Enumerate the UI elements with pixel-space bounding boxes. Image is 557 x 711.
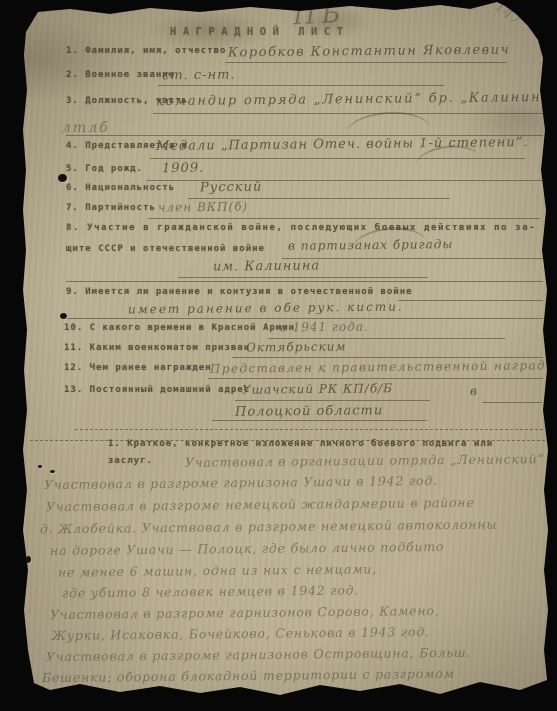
- form-label-7: 7. Партийность: [66, 203, 156, 213]
- underline: [212, 420, 427, 421]
- form-label-6: 6. Национальность: [66, 183, 175, 193]
- underline: [148, 218, 540, 219]
- form-value-9: имеет ранение в обе рук. кисти.: [128, 300, 404, 317]
- form-value-13-suffix: в: [470, 384, 478, 398]
- pencil-mark-corner: 147: [491, 0, 525, 29]
- underline: [482, 402, 542, 403]
- form-label-8: 8. Участие в гражданской войне, последую…: [66, 223, 536, 233]
- form-value-13: Ушачский РК КП/б/Б: [242, 381, 393, 397]
- form-value-1: Коробков Константин Яковлевич: [228, 43, 510, 61]
- scanned-document: НАГРАДНОЙ ЛИСТ 1. Фамилия, имя, отчество…: [0, 0, 557, 711]
- handwriting-line: д. Жлобейка. Участвовал в разгроме немец…: [40, 517, 498, 537]
- underline: [398, 300, 543, 301]
- form-value-12: Представлен к правительственной награде: [210, 358, 555, 376]
- underline: [225, 62, 507, 63]
- handwriting-line: Участвовал в организации отряда „Ленинск…: [185, 451, 550, 470]
- handwriting-line: где убито 8 человек немцев в 1942 год.: [62, 582, 359, 600]
- punch-hole: [60, 313, 67, 319]
- form-label-2: 2. Военное звание: [66, 70, 175, 80]
- form-label-1: 1. Фамилия, имя, отчество: [66, 46, 226, 56]
- form-value-11: Октябрьским: [246, 339, 347, 354]
- form-label-5: 5. Год рожд.: [66, 164, 143, 174]
- section-heading-2: заслуг.: [108, 456, 153, 466]
- paper-speck: [50, 470, 55, 473]
- paper-speck: [38, 465, 42, 468]
- pencil-mark-margin: лтлб: [62, 120, 110, 136]
- underline: [178, 277, 428, 278]
- handwriting-line: Участвовал в разгроме немецкой жандармер…: [46, 495, 475, 514]
- form-label-11: 11. Каким военкоматом призван: [64, 343, 250, 353]
- form-label-12: 12. Чем ранее награжден: [64, 363, 212, 373]
- underline: [282, 258, 543, 259]
- handwriting-line: на дороге Ушачи — Полоцк, где было лично…: [50, 539, 444, 558]
- underline: [158, 85, 444, 86]
- handwriting-line: Бешенки; оборона блокадной территории с …: [42, 666, 455, 685]
- form-label-9: 9. Имеется ли ранение и контузия в отече…: [66, 287, 413, 297]
- form-value-2: ст. с-нт.: [162, 68, 236, 84]
- underline: [153, 113, 543, 114]
- underline: [208, 378, 543, 379]
- dashed-divider: [75, 429, 543, 430]
- form-label-10: 10. С какого времени в Красной Армии: [64, 323, 295, 333]
- handwriting-line: Участвовал в разгроме гарнизона Ушачи в …: [44, 473, 438, 492]
- handwriting-line: Журки, Исаковка, Бочейково, Сенькова в 1…: [52, 624, 430, 643]
- form-label-13: 13. Постоянный домашний адрес: [64, 385, 250, 395]
- handwriting-line: Участвовал в разгроме гарнизонов Островщ…: [46, 645, 471, 664]
- underline: [66, 318, 543, 319]
- form-value-6: Русский: [200, 180, 263, 196]
- handwriting-line: не менее 6 машин, одна из них с немцами,: [58, 561, 377, 579]
- paper-sheet: НАГРАДНОЙ ЛИСТ 1. Фамилия, имя, отчество…: [0, 0, 557, 711]
- underline: [66, 281, 543, 282]
- section-heading: 1. Краткое, конкретное изложение личного…: [108, 439, 493, 449]
- handwriting-line: Участвовал в разгроме гарнизонов Сорово,…: [50, 603, 440, 622]
- form-value-3: командир отряда „Ленинский“ бр. „Калинин…: [156, 90, 557, 109]
- form-value-8b: им. Калинина: [213, 258, 320, 274]
- underline: [235, 400, 430, 401]
- punch-hole: [58, 174, 67, 182]
- form-label-8b: щите СССР и отечественной войне: [66, 244, 265, 254]
- form-value-7: член ВКП(б): [158, 200, 248, 215]
- underline: [268, 338, 505, 339]
- pencil-mark-title: ПБ: [292, 0, 347, 31]
- paper-speck: [26, 556, 31, 563]
- form-value-5: 1909.: [162, 161, 204, 176]
- form-value-10: с 1941 года.: [280, 320, 369, 335]
- form-value-13b: Полоцкой области: [235, 403, 383, 420]
